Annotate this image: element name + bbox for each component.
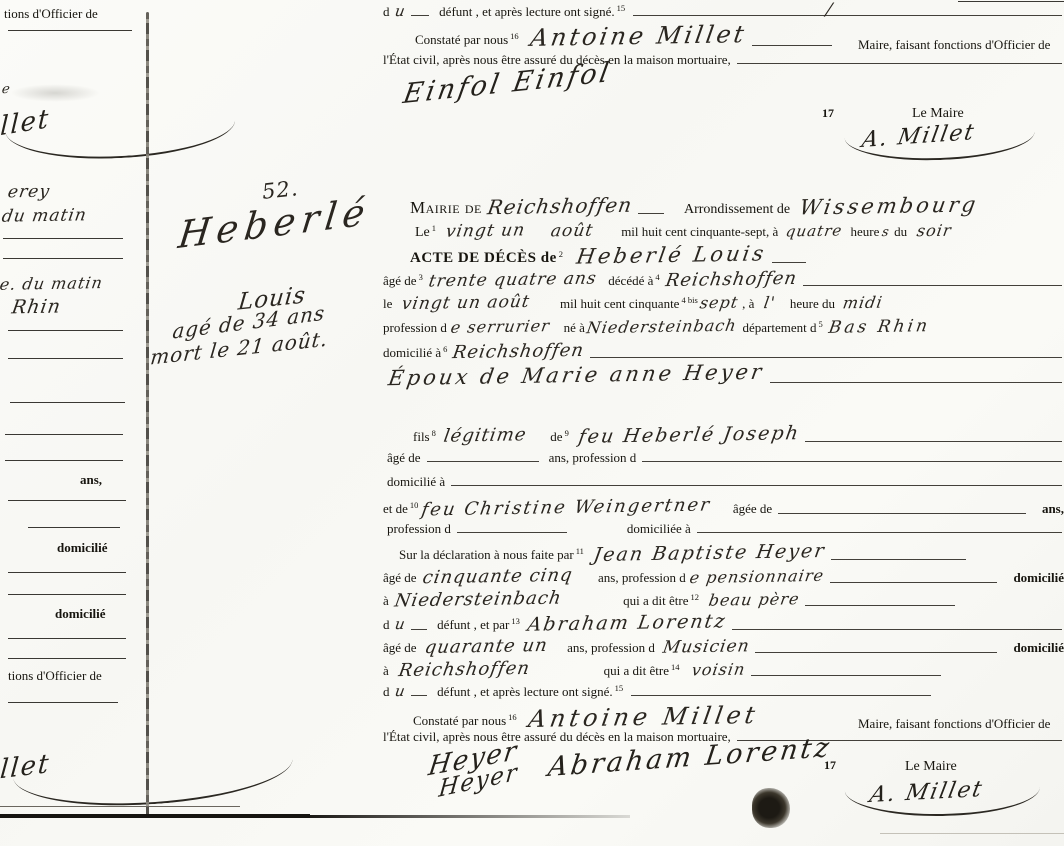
blank-rule bbox=[737, 63, 1062, 64]
printed-ans: ans, bbox=[1042, 501, 1064, 517]
prev-page-rule-4 bbox=[8, 330, 123, 331]
prev-page-officier-fragment-top: tions d'Officier de bbox=[4, 6, 98, 22]
footnote-17-bottom: 17 bbox=[824, 758, 836, 773]
prev-page-rule-3 bbox=[3, 258, 123, 259]
prev-page-rule-1 bbox=[8, 30, 132, 31]
printed-age-label-4: âgé de bbox=[383, 640, 417, 656]
mayor-signature-flourish-top bbox=[845, 129, 1036, 164]
prev-page-rule-2 bbox=[3, 238, 123, 239]
act-mother-line: et de 10 feu Christine Weingertner âgée … bbox=[383, 497, 1064, 518]
printed-constate: Constaté par nous bbox=[415, 32, 508, 48]
handwritten-mayor-name: Antoine Millet bbox=[528, 20, 748, 52]
prev-page-e-du-matin: e. du matin bbox=[0, 273, 105, 294]
footnote-14: 14 bbox=[671, 662, 680, 672]
dash-rule bbox=[411, 693, 427, 696]
handwritten-deceased-name: Heberlé Louis bbox=[575, 241, 768, 268]
printed-a: , à bbox=[742, 296, 754, 312]
bottom-edge-faint-line bbox=[880, 833, 1064, 834]
handwritten-birthplace: Niedersteinbach bbox=[585, 316, 738, 338]
footnote-8: 8 bbox=[432, 428, 436, 438]
handwritten-declarant1-profession: e pensionnaire bbox=[688, 566, 825, 587]
blank-rule-fixed bbox=[427, 459, 539, 462]
mayor-signature-flourish-bottom bbox=[845, 784, 1040, 817]
blank-rule bbox=[633, 15, 1062, 16]
prev-page-rule-10 bbox=[28, 527, 120, 528]
printed-heure-du: heure du bbox=[790, 296, 835, 312]
act-header-line: Mairie de Reichshoffen Arrondissement de… bbox=[383, 194, 978, 218]
page-fold-line bbox=[146, 12, 149, 818]
handwritten-age: trente quatre ans bbox=[427, 269, 598, 292]
act-signed-line: d u défunt , et après lecture ont signé.… bbox=[383, 682, 933, 700]
printed-constate-2: Constaté par nous bbox=[413, 713, 506, 729]
act-constate-line: Constaté par nous 16 Antoine Millet bbox=[413, 703, 758, 731]
printed-qui-a-dit: qui a dit être bbox=[623, 593, 688, 609]
printed-ans-profession: ans, profession d bbox=[549, 450, 637, 466]
prev-page-erey-fragment: erey bbox=[6, 182, 51, 203]
printed-le-maire-top: Le Maire bbox=[912, 106, 964, 122]
blank-rule-fixed bbox=[831, 557, 966, 560]
bottom-border-fade bbox=[310, 815, 630, 818]
blank-rule-fixed bbox=[751, 673, 941, 676]
printed-decede: décédé à bbox=[608, 273, 653, 289]
footnote-16: 16 bbox=[510, 31, 519, 41]
printed-le-maire-bottom: Le Maire bbox=[905, 759, 957, 775]
printed-domiciliee-a: domiciliée à bbox=[627, 521, 691, 537]
printed-a-2: à bbox=[383, 593, 389, 609]
printed-arrondissement-label: Arrondissement de bbox=[684, 202, 790, 218]
footnote-4: 4 bbox=[655, 272, 659, 282]
blank-rule-fixed bbox=[805, 603, 955, 606]
footnote-10: 10 bbox=[410, 500, 419, 510]
blank-rule bbox=[803, 285, 1062, 286]
printed-departement: département d bbox=[742, 320, 816, 336]
handwritten-period: soir bbox=[916, 221, 954, 241]
act-declaration-line: Sur la déclaration à nous faite par 11 J… bbox=[383, 542, 968, 564]
printed-year-2: mil huit cent cinquante bbox=[560, 296, 680, 312]
printed-d-3: d bbox=[383, 684, 390, 700]
prev-page-rule-11 bbox=[8, 572, 126, 573]
blank-rule bbox=[805, 441, 1062, 442]
blank-rule bbox=[697, 532, 1062, 533]
footnote-12: 12 bbox=[690, 592, 699, 602]
blank-rule-fixed bbox=[631, 693, 931, 696]
printed-profession: profession d bbox=[383, 320, 447, 336]
printed-declaration: Sur la déclaration à nous faite par bbox=[399, 547, 574, 563]
printed-le-2: le bbox=[383, 296, 392, 312]
printed-heure: heure bbox=[851, 224, 880, 240]
handwritten-spouse: Époux de Marie anne Heyer bbox=[387, 360, 767, 391]
act-mother-profession-line: profession d domiciliée à bbox=[383, 521, 1064, 537]
handwritten-year-end: sept bbox=[698, 293, 739, 313]
printed-a-3: à bbox=[383, 663, 389, 679]
printed-qui-a-dit-2: qui a dit être bbox=[604, 663, 669, 679]
handwritten-declarant2-profession: Musicien bbox=[661, 636, 751, 658]
printed-age-label-3: âgé de bbox=[383, 570, 417, 586]
act-father-domicile-line: domicilié à bbox=[383, 474, 1064, 490]
handwritten-declarant1: Jean Baptiste Heyer bbox=[592, 540, 827, 566]
printed-ans-profession-3: ans, profession d bbox=[567, 640, 655, 656]
handwritten-mother: feu Christine Weingertner bbox=[420, 494, 713, 520]
blank-rule bbox=[732, 629, 1062, 630]
prev-page-rule-12 bbox=[8, 594, 126, 595]
printed-mairie-label: Mairie de bbox=[410, 198, 482, 218]
printed-age-label-2: âgé de bbox=[387, 450, 421, 466]
act-father-line: fils 8 légitime de 9 feu Heberlé Joseph bbox=[383, 424, 1064, 446]
act-death-date-line: le vingt un août mil huit cent cinquante… bbox=[383, 293, 883, 313]
handwritten-period-2: midi bbox=[841, 293, 884, 313]
printed-domicilie-r1: domicilié bbox=[1013, 570, 1064, 586]
handwritten-domicile: Reichshoffen bbox=[452, 340, 587, 363]
footnote-16-2: 16 bbox=[508, 712, 517, 722]
dash-rule bbox=[638, 211, 664, 214]
act-title-line: ACTE DE DÉCÈS de 2 Heberlé Louis bbox=[383, 243, 808, 267]
top-right-rule bbox=[958, 1, 1064, 2]
handwritten-declarant1-place: Niedersteinbach bbox=[393, 588, 563, 612]
printed-profession-2: profession d bbox=[387, 521, 451, 537]
printed-de: de bbox=[550, 429, 562, 445]
prev-page-rule-9 bbox=[8, 500, 126, 501]
handwritten-death-place: Reichshoffen bbox=[664, 268, 799, 291]
handwritten-legitime: légitime bbox=[442, 424, 528, 446]
handwritten-day: vingt un bbox=[444, 220, 526, 241]
prev-page-signature-flourish-bottom bbox=[13, 754, 295, 813]
prev-page-rule-5 bbox=[8, 358, 123, 359]
blank-rule bbox=[590, 357, 1062, 358]
handwritten-declarant2-place: Reichshoffen bbox=[397, 658, 532, 681]
prev-page-domicilie-2: domicilié bbox=[55, 606, 106, 622]
printed-domicilie-r2: domicilié bbox=[1013, 640, 1064, 656]
handwritten-month: août bbox=[549, 221, 594, 242]
footnote-15: 15 bbox=[617, 3, 626, 13]
act-spouse-line: Époux de Marie anne Heyer bbox=[383, 363, 1064, 387]
footnote-15-2: 15 bbox=[615, 683, 624, 693]
prev-page-rule-7 bbox=[5, 434, 123, 435]
scan-smudge bbox=[10, 84, 100, 102]
footnote-3: 3 bbox=[419, 272, 423, 282]
printed-d: d bbox=[383, 4, 390, 20]
act-declarant2-age-line: âgé de quarante un ans, profession d Mus… bbox=[383, 636, 1064, 657]
handwritten-arrondissement: Wissembourg bbox=[798, 192, 980, 219]
printed-year: mil huit cent cinquante-sept, à bbox=[621, 224, 778, 240]
handwritten-s: s bbox=[881, 225, 891, 240]
printed-et-de: et de bbox=[383, 501, 408, 517]
prev-page-rule-13 bbox=[8, 638, 126, 639]
blank-rule-fixed bbox=[457, 530, 567, 533]
scanned-death-record-page: tions d'Officier de e llet erey du matin… bbox=[0, 0, 1064, 846]
footnote-13: 13 bbox=[511, 616, 520, 626]
blank-rule bbox=[830, 582, 998, 583]
act-declarant2-place-line: à Reichshoffen qui a dit être 14 voisin bbox=[383, 659, 943, 680]
handwritten-departement: Bas Rhin bbox=[827, 316, 931, 338]
top-record-etat-civil-line: l'État civil, après nous être assuré du … bbox=[383, 52, 1064, 68]
handwritten-death-date: vingt un août bbox=[401, 292, 532, 314]
prev-page-rule-14 bbox=[8, 658, 126, 659]
act-declarant2-line: d u défunt , et par 13 Abraham Lorentz bbox=[383, 612, 1064, 634]
printed-domicilie-a-2: domicilié à bbox=[387, 474, 445, 490]
act-declarant1-age-line: âgé de cinquante cinq ans, profession d … bbox=[383, 566, 1064, 587]
printed-apres-lecture-2: défunt , et après lecture ont signé. bbox=[437, 684, 612, 700]
printed-ne-a: né à bbox=[564, 320, 585, 336]
printed-du: du bbox=[894, 224, 907, 240]
act-age-line: âgé de 3 trente quatre ans décédé à 4 Re… bbox=[383, 269, 1064, 290]
blank-rule bbox=[770, 382, 1062, 383]
blank-rule bbox=[778, 513, 1026, 514]
footnote-4bis: 4 bis bbox=[681, 295, 697, 305]
handwritten-profession: e serrurier bbox=[449, 316, 551, 337]
handwritten-u-3: u bbox=[393, 682, 407, 700]
act-date-line: Le 1 vingt un août mil huit cent cinquan… bbox=[383, 221, 952, 241]
handwritten-declarant2: Abraham Lorentz bbox=[526, 610, 728, 635]
dash-rule bbox=[772, 260, 806, 263]
prev-page-rule-15 bbox=[8, 702, 118, 703]
top-record-constate-line: Constaté par nous 16 Antoine Millet bbox=[415, 22, 834, 50]
act-profession-line: profession d e serrurier né à Niederstei… bbox=[383, 317, 930, 337]
printed-defunt-et-par: défunt , et par bbox=[437, 617, 509, 633]
prev-page-ans-label: ans, bbox=[80, 472, 102, 488]
handwritten-u: u bbox=[393, 2, 407, 20]
bottom-border-thin bbox=[0, 806, 240, 807]
handwritten-u-2: u bbox=[393, 615, 407, 633]
handwritten-declarant1-age: cinquante cinq bbox=[421, 565, 574, 589]
printed-domicilie-a: domicilié à bbox=[383, 345, 441, 361]
printed-acte-deces: ACTE DE DÉCÈS de bbox=[410, 250, 557, 267]
printed-d-2: d bbox=[383, 617, 390, 633]
dash-rule bbox=[411, 627, 427, 630]
footnote-5: 5 bbox=[818, 319, 822, 329]
handwritten-declarant2-age: quarante un bbox=[423, 635, 549, 658]
footnote-11: 11 bbox=[576, 546, 584, 556]
ink-blot bbox=[752, 788, 790, 828]
prev-page-du-matin: du matin bbox=[0, 205, 88, 226]
handwritten-declarant2-relation: voisin bbox=[690, 660, 747, 680]
handwritten-hour: quatre bbox=[785, 222, 844, 241]
blank-rule bbox=[755, 652, 997, 653]
dash-rule bbox=[411, 13, 429, 16]
blank-rule bbox=[451, 485, 1062, 486]
handwritten-declarant1-relation: beau père bbox=[707, 589, 801, 610]
prev-page-domicilie-1: domicilié bbox=[57, 540, 108, 556]
printed-maire-functions-top: Maire, faisant fonctions d'Officier de bbox=[858, 37, 1050, 53]
footnote-17-top: 17 bbox=[822, 106, 834, 121]
footnote-9: 9 bbox=[565, 428, 569, 438]
handwritten-father: feu Heberlé Joseph bbox=[577, 422, 802, 448]
footnote-6: 6 bbox=[443, 344, 447, 354]
prev-page-rule-6 bbox=[10, 402, 125, 403]
handwritten-hour-2: l' bbox=[763, 293, 778, 312]
handwritten-commune: Reichshoffen bbox=[486, 193, 634, 220]
prev-page-officier-fragment-bottom: tions d'Officier de bbox=[8, 668, 102, 684]
printed-le: Le bbox=[415, 225, 430, 241]
footnote-1: 1 bbox=[432, 223, 436, 233]
printed-ans-profession-2: ans, profession d bbox=[598, 570, 686, 586]
blank-rule bbox=[642, 461, 1062, 462]
bottom-border-heavy bbox=[0, 814, 310, 818]
printed-agee-de: âgée de bbox=[733, 501, 772, 517]
footnote-2: 2 bbox=[559, 249, 563, 259]
act-declarant1-place-line: à Niedersteinbach qui a dit être 12 beau… bbox=[383, 589, 957, 610]
act-domicile-line: domicilié à 6 Reichshoffen bbox=[383, 341, 1064, 362]
printed-apres-lecture: défunt , et après lecture ont signé. bbox=[439, 4, 614, 20]
prev-page-rhin-fragment: Rhin bbox=[10, 296, 62, 319]
printed-fils: fils bbox=[413, 429, 430, 445]
printed-age-label: âgé de bbox=[383, 273, 417, 289]
act-father-age-line: âgé de ans, profession d bbox=[383, 450, 1064, 466]
prev-page-rule-8 bbox=[5, 460, 123, 461]
dash-rule bbox=[752, 43, 832, 46]
top-record-signed-line: d u défunt , et après lecture ont signé.… bbox=[383, 2, 1064, 20]
